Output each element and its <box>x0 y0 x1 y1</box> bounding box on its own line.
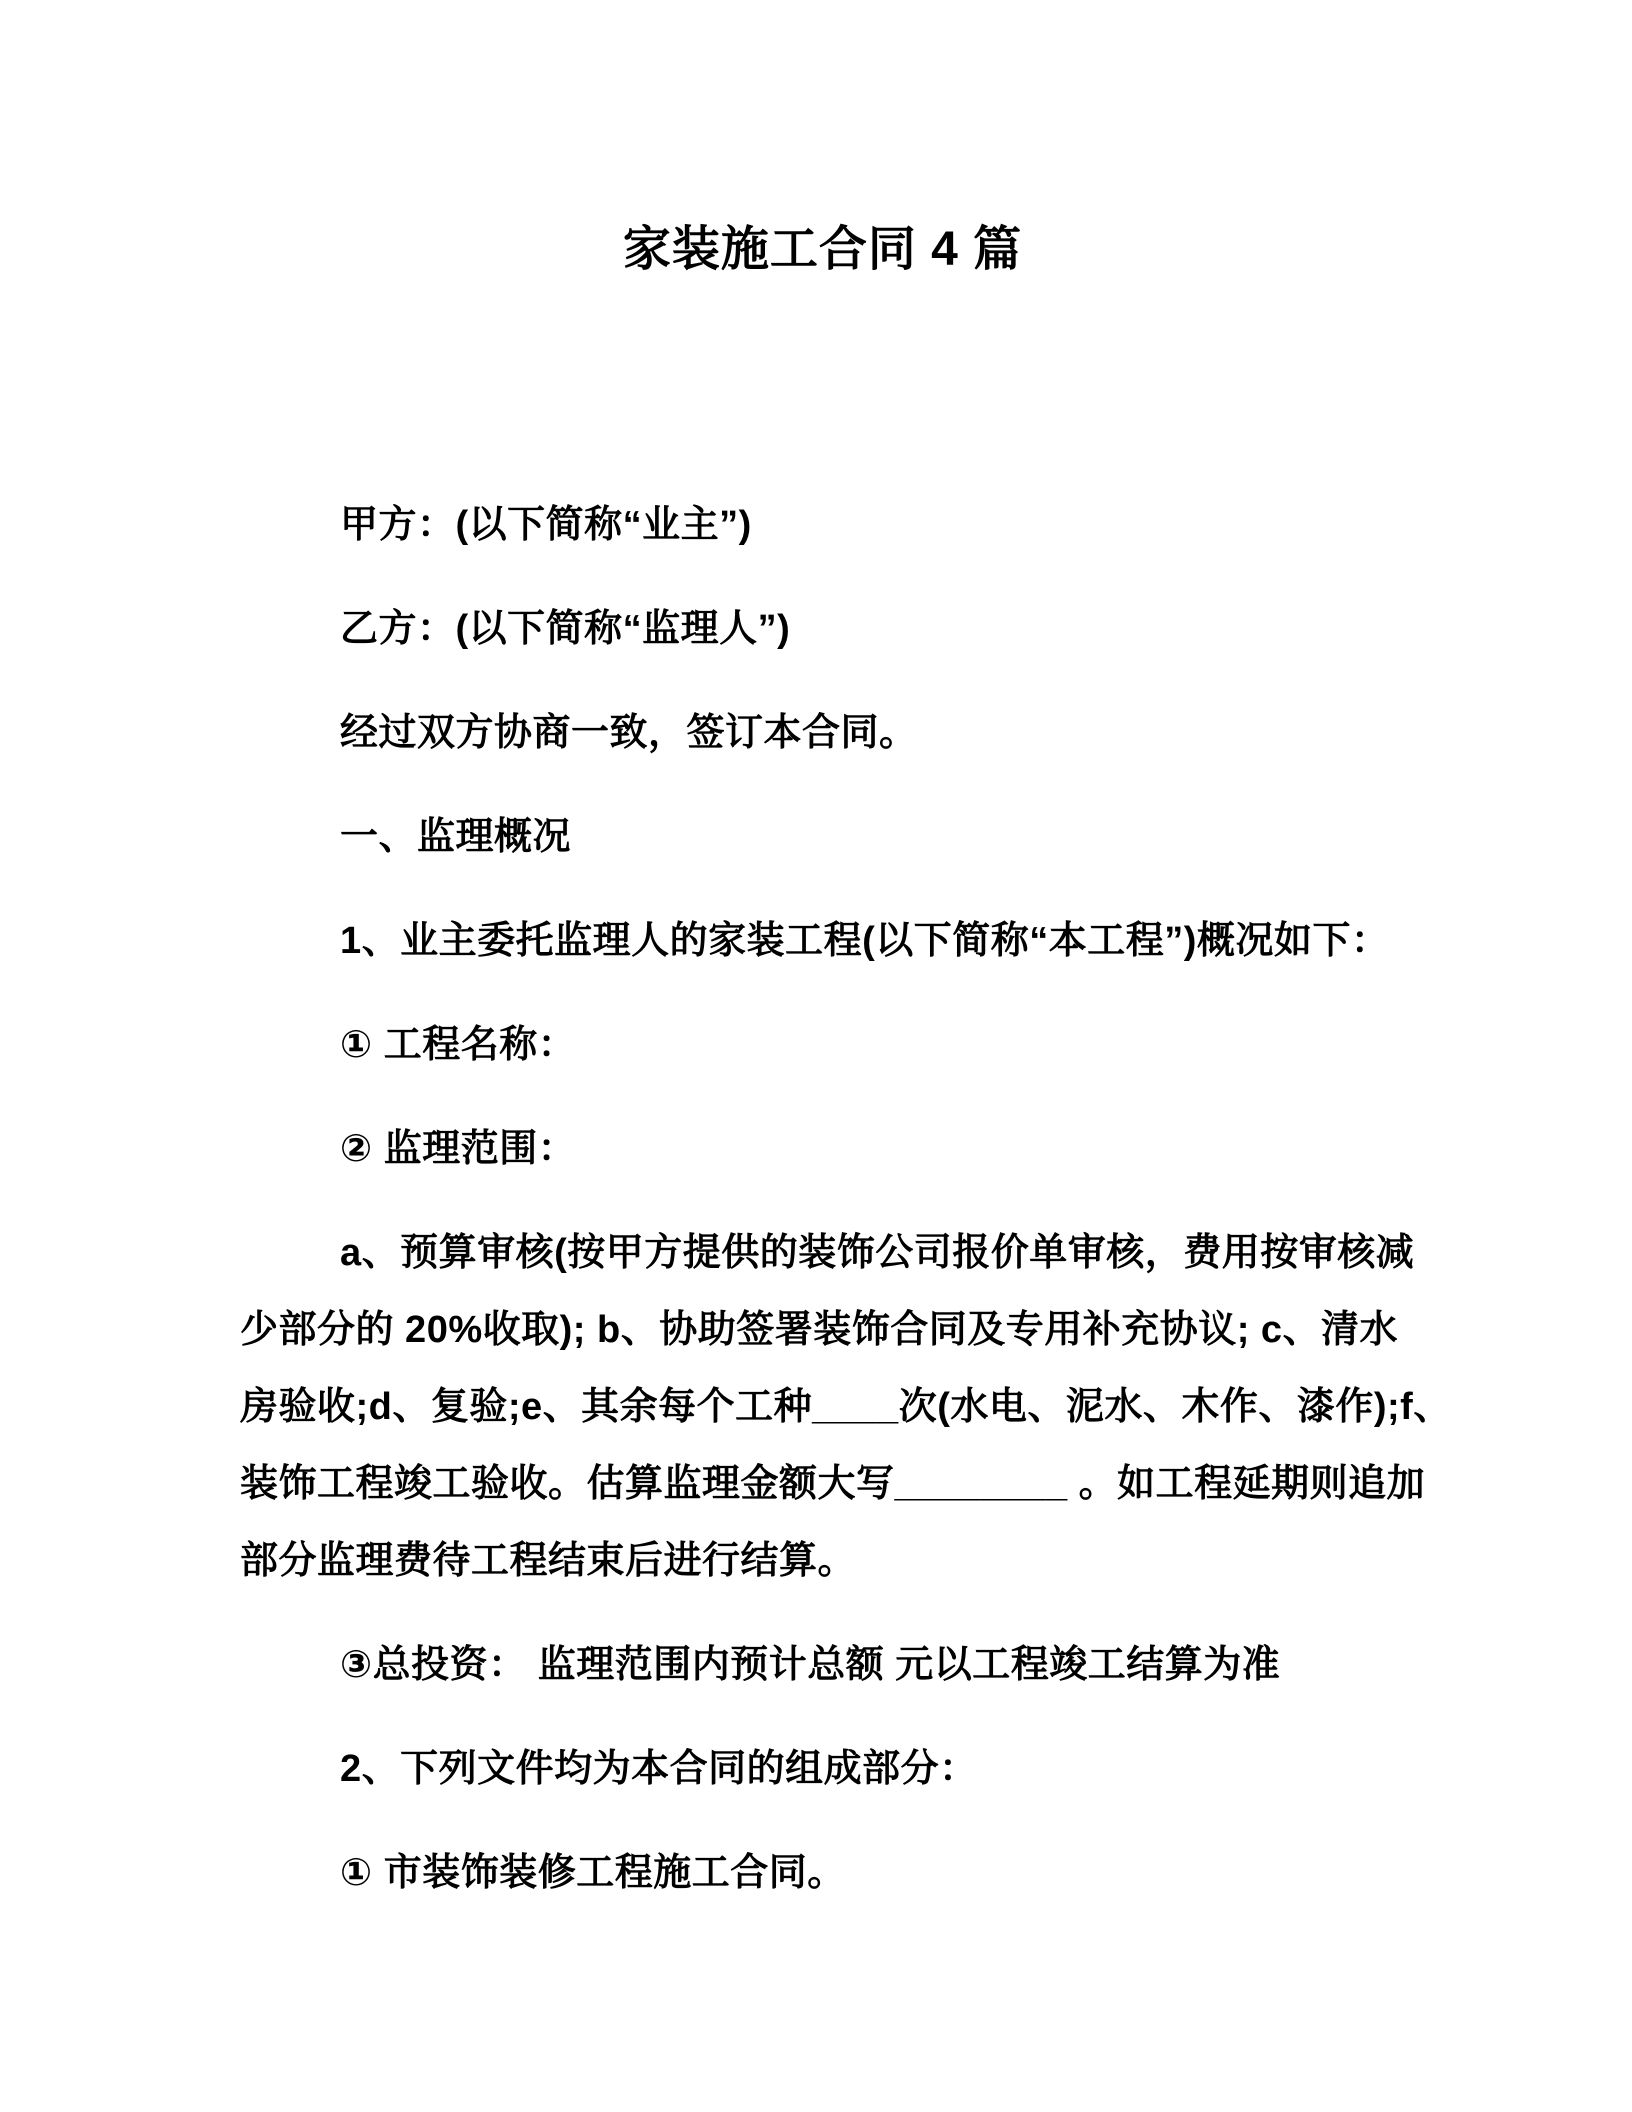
document-title: 家装施工合同 4 篇 <box>240 222 1405 278</box>
text-line: 1、业主委托监理人的家装工程(以下简称“本工程”)概况如下： <box>240 903 1405 980</box>
paragraph-party-b: 乙方：(以下简称“监理人”) <box>240 591 1405 668</box>
text-line: ① 工程名称： <box>240 1007 1405 1084</box>
text-line: 乙方：(以下简称“监理人”) <box>240 591 1405 668</box>
paragraph-agreement-statement: 经过双方协商一致，签订本合同。 <box>240 695 1405 772</box>
text-line: 2、下列文件均为本合同的组成部分： <box>240 1731 1405 1808</box>
section-heading-supervision-overview: 一、监理概况 <box>240 799 1405 876</box>
text-line: 部分监理费待工程结束后进行结算。 <box>240 1523 1405 1600</box>
text-line: 少部分的 20%收取); b、协助签署装饰合同及专用补充协议; c、清水 <box>240 1292 1405 1369</box>
paragraph-supervision-scope: ② 监理范围： <box>240 1111 1405 1188</box>
paragraph-item-2: 2、下列文件均为本合同的组成部分： <box>240 1731 1405 1808</box>
text-line: ① 市装饰装修工程施工合同。 <box>240 1835 1405 1912</box>
text-line: ② 监理范围： <box>240 1111 1405 1188</box>
paragraph-scope-details: a、预算审核(按甲方提供的装饰公司报价单审核，费用按审核减 少部分的 20%收取… <box>240 1215 1405 1600</box>
paragraph-item-1: 1、业主委托监理人的家装工程(以下简称“本工程”)概况如下： <box>240 903 1405 980</box>
paragraph-total-investment: ③总投资： 监理范围内预计总额 元以工程竣工结算为准 <box>240 1627 1405 1704</box>
text-line: 经过双方协商一致，签订本合同。 <box>240 695 1405 772</box>
paragraph-construction-contract: ① 市装饰装修工程施工合同。 <box>240 1835 1405 1912</box>
text-line: 一、监理概况 <box>240 799 1405 876</box>
paragraph-project-name: ① 工程名称： <box>240 1007 1405 1084</box>
paragraph-party-a: 甲方：(以下简称“业主”) <box>240 487 1405 564</box>
text-line: 装饰工程竣工验收。估算监理金额大写________ 。如工程延期则追加 <box>240 1446 1405 1523</box>
contract-document-page: 家装施工合同 4 篇 甲方：(以下简称“业主”) 乙方：(以下简称“监理人”) … <box>0 0 1632 2112</box>
text-line: a、预算审核(按甲方提供的装饰公司报价单审核，费用按审核减 <box>240 1215 1405 1292</box>
text-line: ③总投资： 监理范围内预计总额 元以工程竣工结算为准 <box>240 1627 1405 1704</box>
text-line: 房验收;d、复验;e、其余每个工种____次(水电、泥水、木作、漆作);f、 <box>240 1369 1405 1446</box>
text-line: 甲方：(以下简称“业主”) <box>240 487 1405 564</box>
